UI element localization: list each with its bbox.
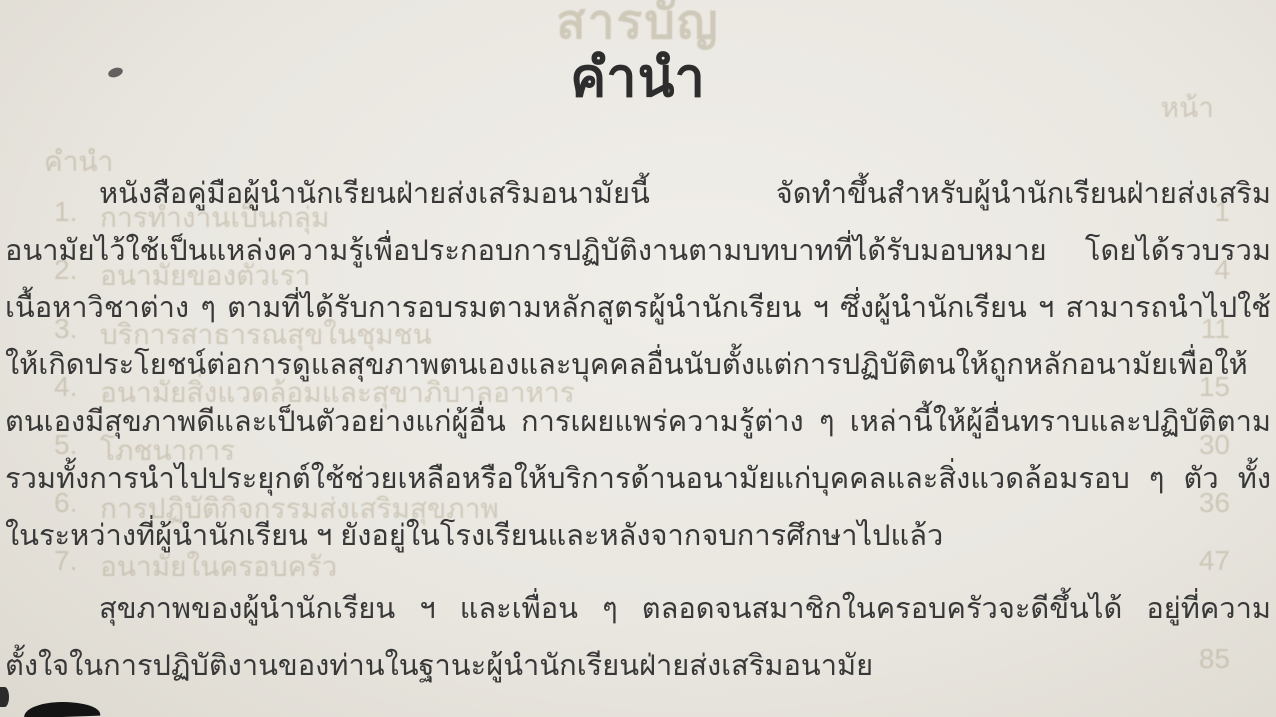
preface-line: ตั้งใจในการปฏิบัติงานของท่านในฐานะผู้นำน… (5, 638, 1271, 695)
preface-line: หนังสือคู่มือผู้นำนักเรียนฝ่ายส่งเสริมอน… (5, 166, 1271, 223)
scan-artifact-left-edge (0, 687, 9, 707)
preface-line: อนามัยไว้ใช้เป็นแหล่งความรู้เพื่อประกอบก… (5, 223, 1271, 280)
preface-line: ให้เกิดประโยชน์ต่อการดูแลสุขภาพตนเองและบ… (5, 337, 1271, 394)
preface-paragraph-1: หนังสือคู่มือผู้นำนักเรียนฝ่ายส่งเสริมอน… (5, 166, 1271, 565)
page-title: คำนำ (0, 34, 1276, 120)
preface-line: ตนเองมีสุขภาพดีและเป็นตัวอย่างแก่ผู้อื่น… (5, 394, 1271, 451)
scan-artifact-bottom-left (24, 701, 100, 717)
preface-line: สุขภาพของผู้นำนักเรียน ฯ และเพื่อน ๆ ตลอ… (5, 581, 1271, 638)
scanned-preface-page: สารบัญ หน้า คำนำ 1. การทำงานเป็นกลุ่ม 1 … (0, 0, 1276, 717)
preface-line: รวมทั้งการนำไปประยุกต์ใช้ช่วยเหลือหรือให… (5, 451, 1271, 508)
preface-line: ในระหว่างที่ผู้นำนักเรียน ฯ ยังอยู่ในโรง… (5, 508, 1271, 565)
preface-paragraph-2: สุขภาพของผู้นำนักเรียน ฯ และเพื่อน ๆ ตลอ… (5, 581, 1271, 695)
preface-line: เนื้อหาวิชาต่าง ๆ ตามที่ได้รับการอบรมตาม… (5, 280, 1271, 337)
